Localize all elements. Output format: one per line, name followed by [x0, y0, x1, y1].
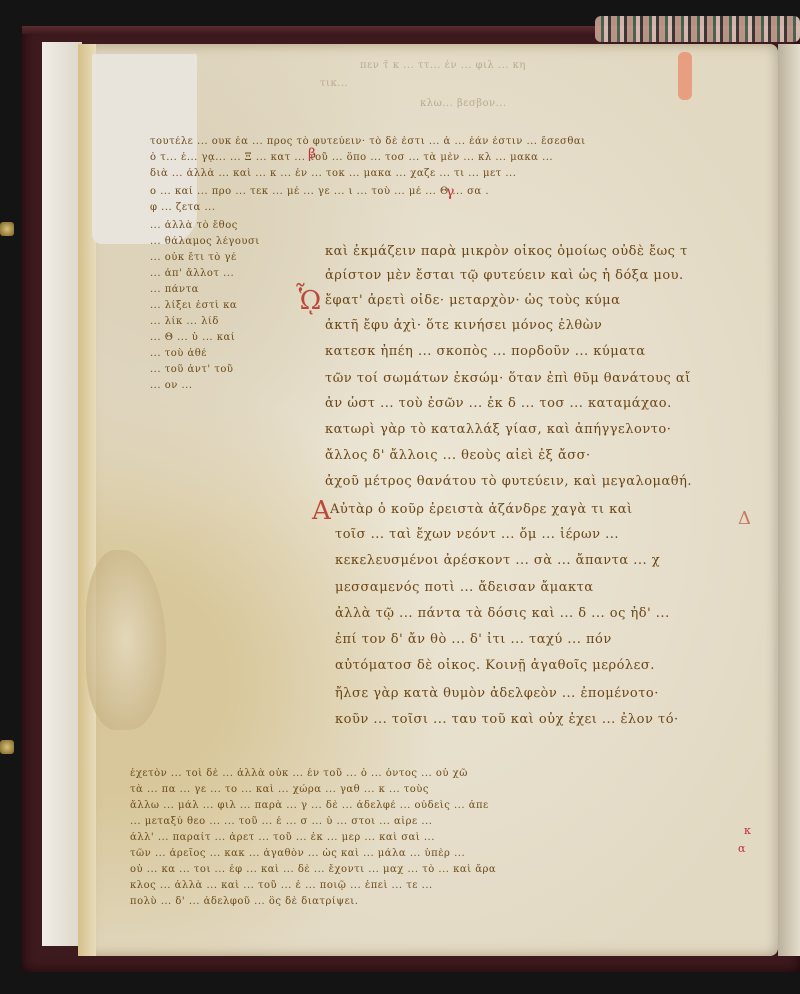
main-text-line: ἀρίστον μὲν ἔσται τῷ φυτεύειν καὶ ὡς ἡ δ… — [325, 268, 725, 284]
scholia-line: τὰ ... πα ... γε ... το ... καὶ ... χώρα… — [130, 784, 730, 796]
main-text-line: τῶν τοί σωμάτων ἐκσώμ· ὅταν ἐπὶ θῦμ θανά… — [325, 371, 745, 387]
faint-line: τικ... — [320, 78, 380, 90]
faint-line: κλω... βεσβον... — [420, 98, 620, 110]
scholia-line: ... ἀλλὰ τὸ ἔθος — [150, 220, 290, 232]
flyleaf — [42, 42, 82, 946]
next-page-edge — [778, 44, 800, 956]
scholia-line: φ ... ζετα ... — [150, 202, 260, 214]
main-text-line: ἄλλος δ' ἄλλοις ... θεοὺς αἰεὶ ἐξ ἄσσ· — [325, 448, 725, 464]
rubric: γ — [446, 184, 454, 200]
scholia-line: τουτέλε ... ουκ ἐα ... προς τὸ φυτεύειν·… — [150, 136, 740, 148]
scholia-line: ... ον ... — [150, 380, 210, 392]
main-text-line: ἔφατ' ἀρετὶ οἶδε· μεταρχὸν· ὡς τοὺς κύμα — [325, 293, 725, 309]
clasp-icon — [0, 222, 14, 236]
scholia-line: ... τοῦ ἀντ' τοῦ — [150, 364, 290, 376]
rubric: β — [308, 146, 316, 162]
red-ink-mark — [678, 52, 692, 100]
scholia-line: διὰ ... ἀλλὰ ... καὶ ... κ ... ἐν ... το… — [150, 168, 740, 180]
main-text-line: μεσσαμενός ποτὶ ... ἄδεισαν ἄμακτα — [335, 580, 735, 596]
main-text-line: κατεσκ ἠπέη ... σκοπὸς ... πορδοῦν ... κ… — [325, 344, 745, 360]
main-text-line: τοῖσ ... ταὶ ἔχων νεόντ ... ὄμ ... ἱέρων… — [335, 527, 735, 543]
scholia-line: ... πάντα — [150, 284, 290, 296]
rubric: κ — [744, 824, 751, 837]
main-text-line: αὐτόματοσ δὲ οἶκος. Κοινῇ ἀγαθοῖς μερόλε… — [335, 658, 745, 674]
marginal-initial: Α — [312, 496, 331, 526]
main-text-line: ἐπί τον δ' ἄν θὸ ... δ' ἰτι ... ταχύ ...… — [335, 632, 735, 648]
scholia-line: ... λίκ ... λίδ — [150, 316, 290, 328]
main-text-line: κατωρὶ γὰρ τὸ καταλλάξ γίασ, καὶ ἀπήγγελ… — [325, 422, 745, 438]
scholia-line: οὐ ... κα ... τοι ... ἐφ ... καὶ ... δὲ … — [130, 864, 730, 876]
scholia-line: ... Θ ... ὑ ... καί — [150, 332, 290, 344]
scholia-line: ἐχετὸν ... τοὶ δὲ ... ἀλλὰ οὐκ ... ἐν το… — [130, 768, 730, 780]
scholia-line: ὁ τ... ἐ... γᾳ... ... Ξ ... κατ ... τοῦ … — [150, 152, 740, 164]
repair-patch — [92, 54, 197, 244]
main-text-line: ἤλσε γὰρ κατὰ θυμὸν ἀδελφεὸν ... ἐπομένο… — [335, 686, 745, 702]
marginal-initial: Δ — [738, 508, 751, 529]
clasp-icon — [0, 740, 14, 754]
scholia-line: κλος ... ἀλλὰ ... καὶ ... τοῦ ... ἐ ... … — [130, 880, 730, 892]
rubric: α — [738, 842, 745, 855]
main-text-line: κοῦν ... τοῖσι ... ταυ τοῦ καὶ οὐχ ἐχει … — [335, 712, 745, 728]
main-text-line: καὶ ἐκμάζειν παρὰ μικρὸν οἶκος ὁμοίως οὐ… — [325, 244, 745, 260]
marginal-initial: ᾯ — [296, 286, 321, 316]
scholia-line: ἄλλω ... μάλ ... φιλ ... παρὰ ... γ ... … — [130, 800, 730, 812]
headband — [595, 16, 800, 42]
scholia-line: τῶν ... ἀρεῖος ... κακ ... ἀγαθὸν ... ὡς… — [130, 848, 730, 860]
main-text-line: κεκελευσμένοι ἀρέσκοντ ... σὰ ... ἄπαντα… — [335, 553, 735, 569]
main-text-line: ἀλλὰ τῷ ... πάντα τὰ δόσις καὶ ... δ ...… — [335, 606, 735, 622]
scholia-line: ... ἀπ' ἄλλοτ ... — [150, 268, 290, 280]
faint-line: πεν τ̄ κ ... ττ... ἐν ... φιλ ... κη — [360, 60, 660, 72]
scholia-line: ... τοὺ ἀθέ — [150, 348, 290, 360]
scholia-line: ... μεταξύ θεο ... ... τοῦ ... ἐ ... σ .… — [130, 816, 730, 828]
main-text-line: ἀκτῆ ἔφυ ἀχὶ· ὅτε κινήσει μόνος ἐλθὼν — [325, 318, 725, 334]
scholia-line: ... θάλαμος λέγουσι — [150, 236, 290, 248]
scholia-line: πολὺ ... δ' ... ἀδελφοῦ ... ὃς δὲ διατρί… — [130, 896, 390, 908]
main-text-line: ἀχοῦ μέτρος θανάτου τὸ φυτεύειν, καὶ μεγ… — [325, 474, 745, 490]
scholia-line: ... λίξει ἐστὶ κα — [150, 300, 290, 312]
main-text-line: Αὐτὰρ ὁ κοῦρ ἐρειστὰ ἀζάνδρε χαγὰ τι καὶ — [330, 502, 740, 518]
scholia-line: ἀλλ' ... παραίτ ... ἀρετ ... τοῦ ... ἐκ … — [130, 832, 730, 844]
scholia-line: ο ... καί ... προ ... τεκ ... μέ ... γε … — [150, 186, 490, 198]
scholia-line: ... οὐκ ἔτι τὸ γέ — [150, 252, 290, 264]
main-text-line: ἀν ὡστ ... τοὺ ἐσῶν ... ἐκ δ ... τοσ ...… — [325, 396, 745, 412]
